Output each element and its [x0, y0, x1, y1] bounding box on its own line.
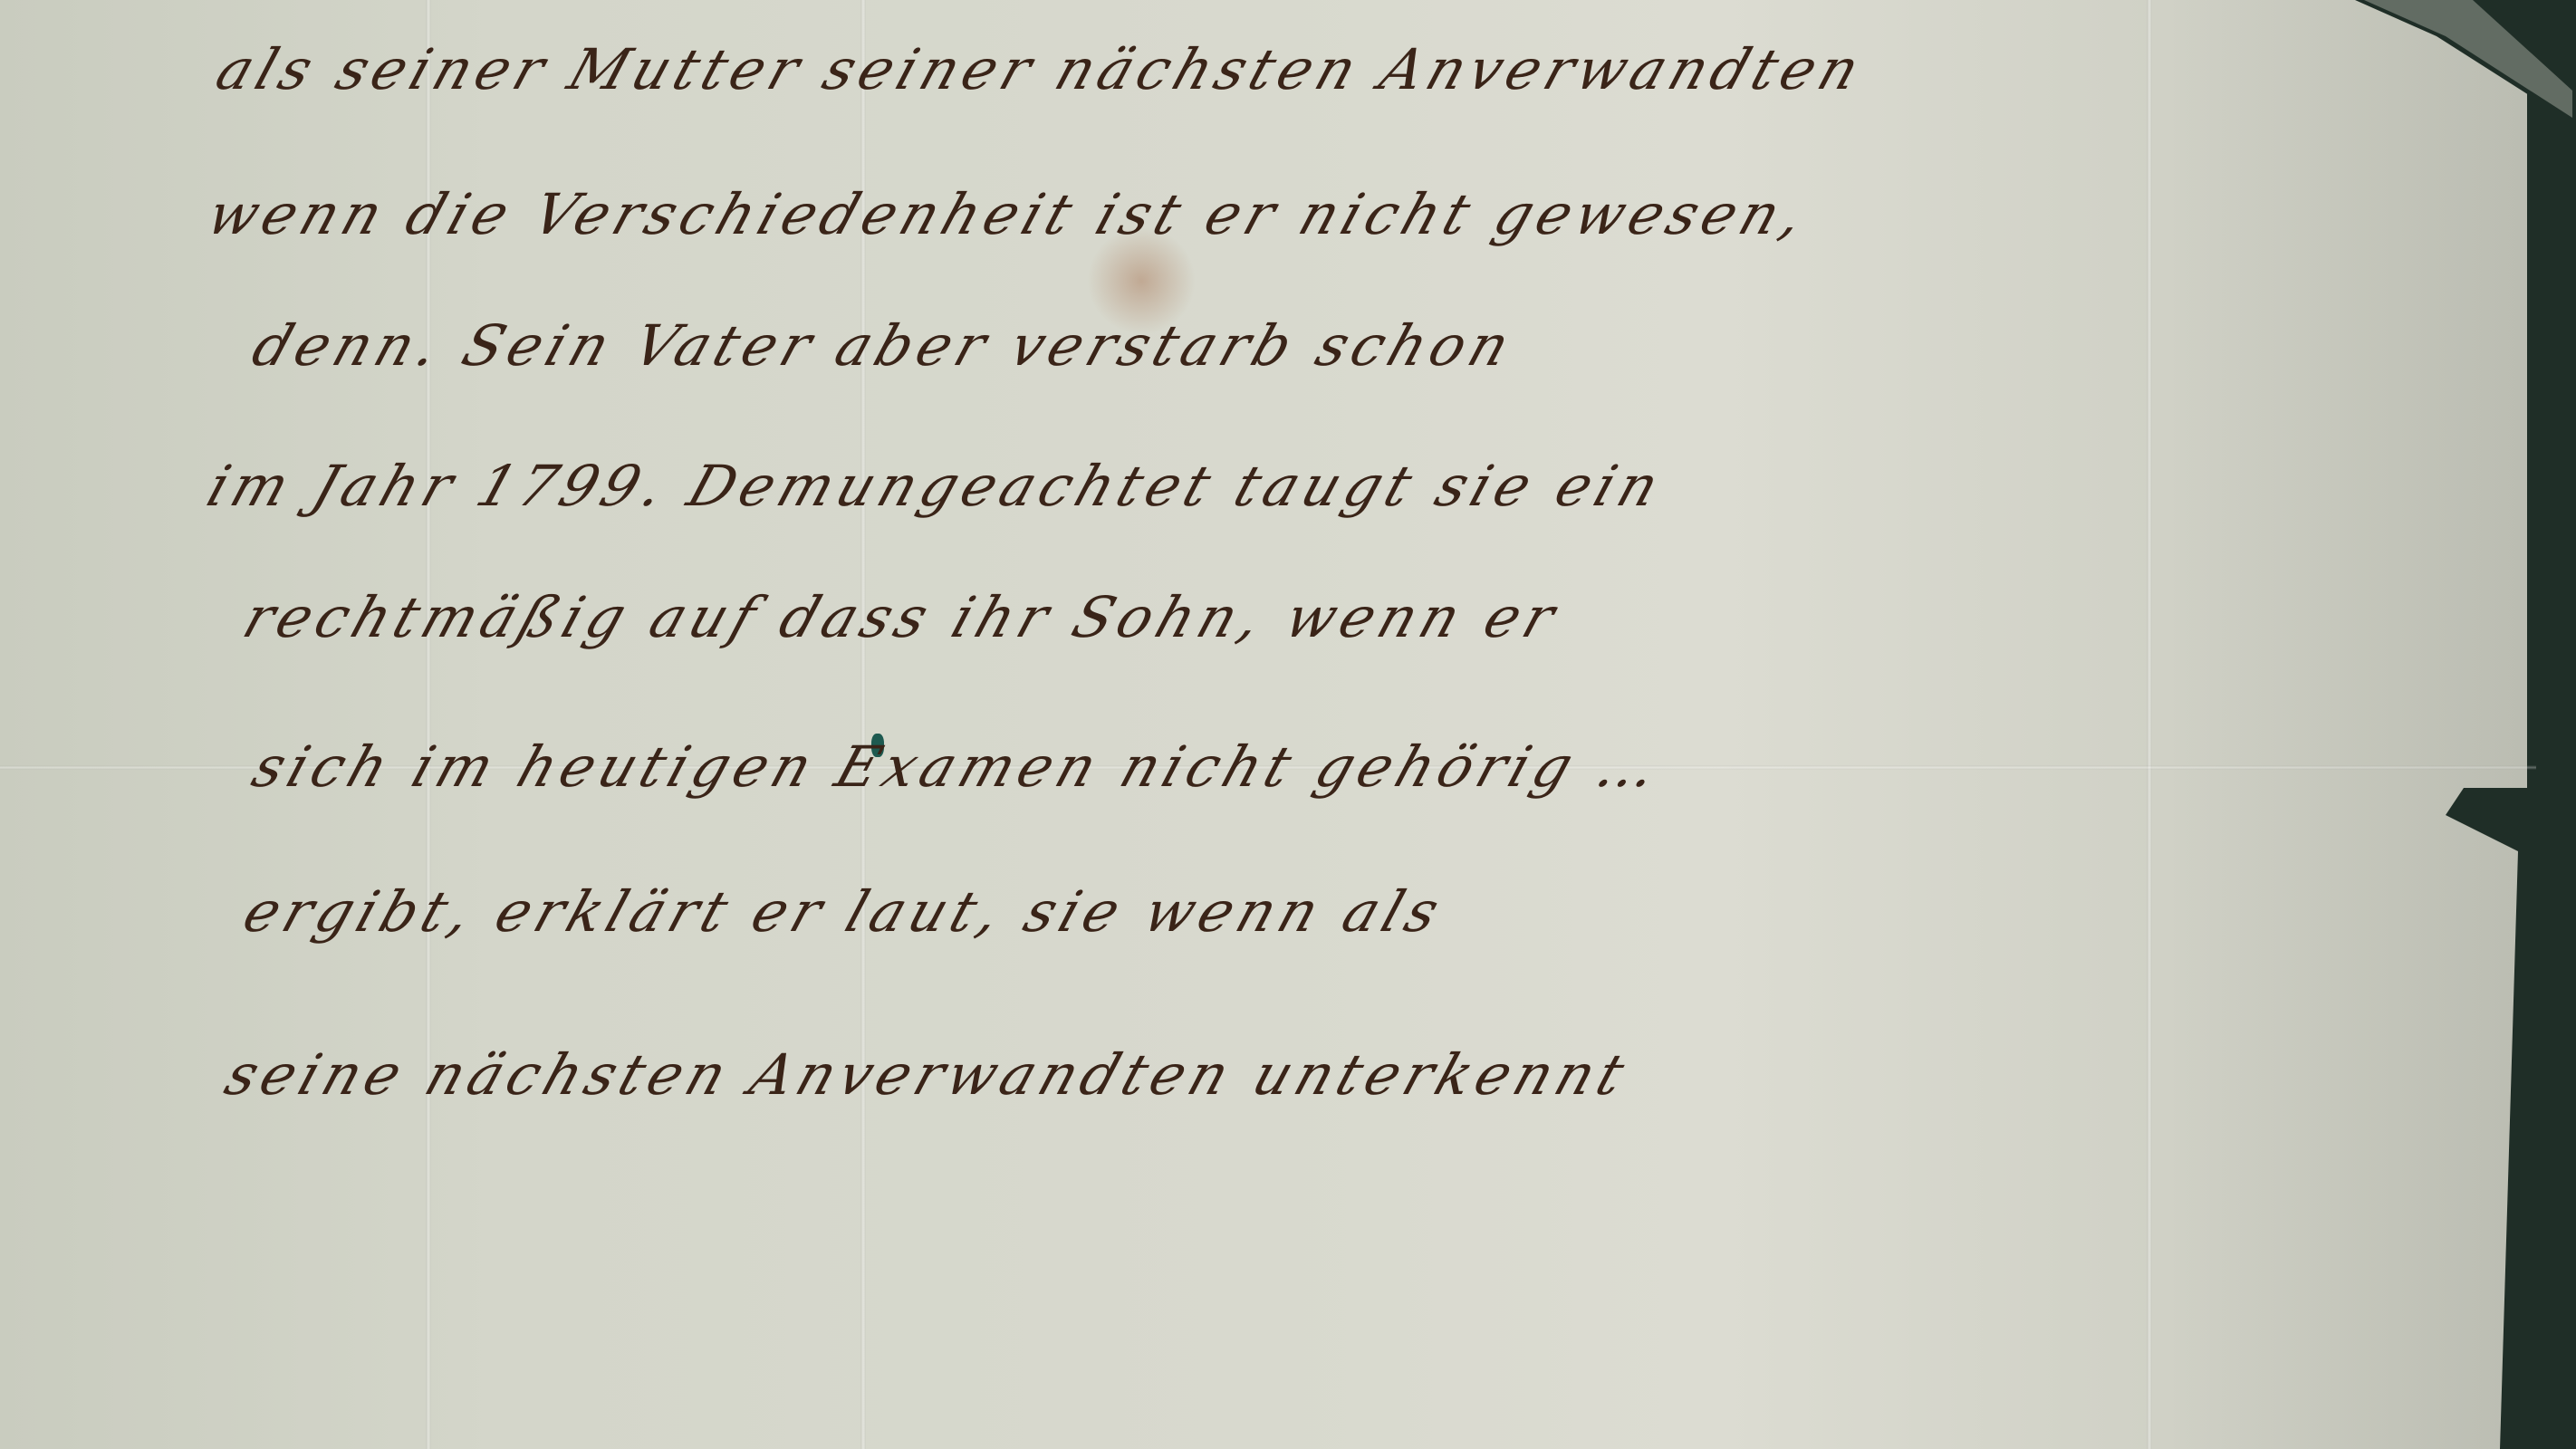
vertical-fold-crease — [2147, 0, 2152, 1449]
handwritten-line-1: als seiner Mutter seiner nächsten Anverw… — [208, 36, 1873, 102]
handwritten-line-6: sich im heutigen Examen nicht gehörig … — [245, 734, 1671, 800]
handwritten-line-2: wenn die Verschiedenheit ist er nicht ge… — [199, 181, 1817, 247]
handwritten-line-4: im Jahr 1799. Demungeachtet taugt sie ei… — [199, 453, 1672, 519]
letter-paper: als seiner Mutter seiner nächsten Anverw… — [0, 0, 2527, 1449]
handwritten-line-5: rechtmäßig auf dass ihr Sohn, wenn er — [235, 584, 1568, 650]
handwritten-line-3: denn. Sein Vater aber verstarb schon — [245, 312, 1523, 379]
paper-shadow — [2165, 0, 2527, 1449]
handwritten-line-7: ergibt, erklärt er laut, sie wenn als — [235, 878, 1453, 945]
handwritten-line-8: seine nächsten Anverwandten unterkennt — [217, 1041, 1638, 1108]
